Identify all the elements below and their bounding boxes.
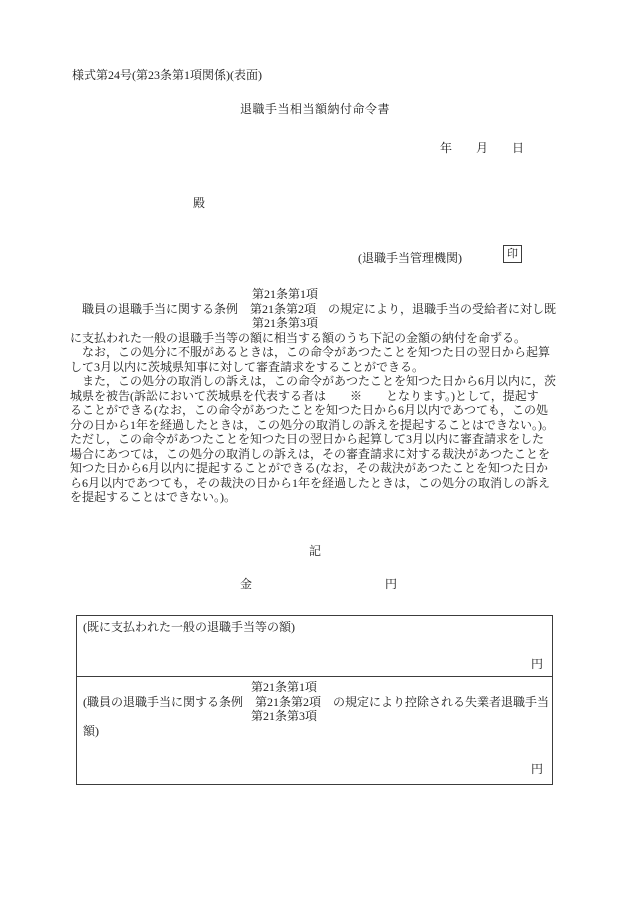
seal-stamp-box: 印 [503, 245, 522, 263]
date-line: 年 月 日 [440, 139, 524, 156]
form-number: 様式第24号(第23条第1項関係)(表面) [72, 66, 262, 83]
row2-clause-3: 第21条第3項 [83, 709, 546, 724]
row1-unit-yen: 円 [531, 655, 543, 672]
body-line: 職員の退職手当に関する条例 第21条第2項 の規定により，退職手当の受給者に対し… [70, 302, 562, 317]
row2-label-end: 額) [83, 724, 546, 739]
payment-order-form-page: 様式第24号(第23条第1項関係)(表面) 退職手当相当額納付命令書 年 月 日… [0, 0, 630, 903]
body-line: に支払われた一般の退職手当等の額に相当する額のうち下記の金額の納付を命ずる。 [70, 331, 562, 346]
body-line: 分の日から1年を経過したときは，この処分の取消しの訴えを提起することはできない。… [70, 418, 562, 433]
issuer-label: (退職手当管理機関) [358, 249, 462, 266]
body-line: また，この処分の取消しの訴えは，この命令があつたことを知つた日から6月以内に，茨 [70, 374, 562, 389]
body-line: 場合にあつては，この処分の取消しの訴えは，その審査請求に対する裁決があつたことを [70, 447, 562, 462]
body-line: ただし，この命令があつたことを知つた日の翌日から起算して3月以内に審査請求をした [70, 432, 562, 447]
row2-clause-1: 第21条第1項 [83, 680, 546, 695]
body-line: 城県を被告(訴訟において茨城県を代表する者は ※ となります。)として，提起す [70, 389, 562, 404]
row2-label-line: (職員の退職手当に関する条例 第21条第2項 の規定により控除される失業者退職手… [83, 695, 546, 710]
body-line-clause-1: 第21条第1項 [70, 287, 562, 302]
amount-unit: 円 [385, 575, 397, 592]
body-line: 知つた日から6月以内に提起することができる(なお，その裁決があつたことを知つた日… [70, 461, 562, 476]
addressee-honorific: 殿 [193, 194, 205, 211]
amount-prefix: 金 [240, 575, 252, 592]
page-title: 退職手当相当額納付命令書 [0, 100, 630, 117]
body-line-clause-3: 第21条第3項 [70, 316, 562, 331]
amounts-table: (既に支払われた一般の退職手当等の額) 円 第21条第1項 (職員の退職手当に関… [76, 615, 553, 785]
body-line: して3月以内に茨城県知事に対して審査請求をすることができる。 [70, 360, 562, 375]
table-row-deducted-allowance: 第21条第1項 (職員の退職手当に関する条例 第21条第2項 の規定により控除さ… [77, 677, 552, 784]
body-line: ることができる(なお，この命令があつたことを知つた日から6月以内であつても，この… [70, 403, 562, 418]
amount-line: 金 円 [0, 575, 630, 590]
body-line: を提起することはできない。)。 [70, 490, 562, 505]
row1-label: (既に支払われた一般の退職手当等の額) [83, 620, 546, 635]
record-heading: 記 [0, 542, 630, 559]
body-paragraphs: 第21条第1項 職員の退職手当に関する条例 第21条第2項 の規定により，退職手… [70, 287, 562, 505]
row2-unit-yen: 円 [531, 760, 543, 777]
body-line: ら6月以内であつても，その裁決の日から1年を経過したときは，この処分の取消しの訴… [70, 476, 562, 491]
body-line: なお，この処分に不服があるときは，この命令があつたことを知つた日の翌日から起算 [70, 345, 562, 360]
table-row-paid-allowance: (既に支払われた一般の退職手当等の額) 円 [77, 616, 552, 677]
